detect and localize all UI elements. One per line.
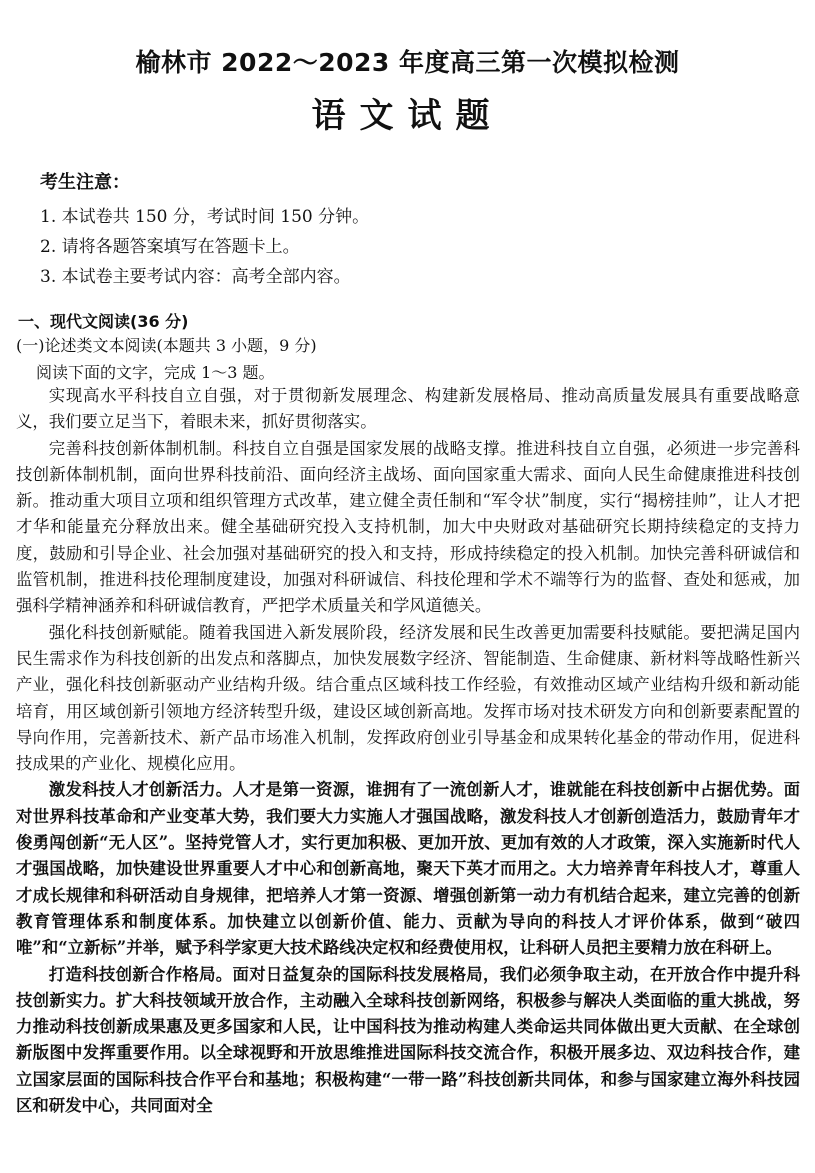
notice-heading: 考生注意： [40, 168, 369, 194]
subsection-title: (一)论述类文本阅读(本题共 3 小题，9 分) [16, 333, 317, 356]
passage-paragraph: 打造科技创新合作格局。面对日益复杂的国际科技发展格局，我们必须争取主动，在开放合… [16, 962, 800, 1120]
notice-item: 2. 请将各题答案填写在答题卡上。 [40, 232, 369, 262]
passage-paragraph: 激发科技人才创新活力。人才是第一资源，谁拥有了一流创新人才，谁就能在科技创新中占… [16, 777, 800, 961]
exam-title: 榆林市 2022～2023 年度高三第一次模拟检测 [0, 43, 815, 79]
passage-paragraph: 强化科技创新赋能。随着我国进入新发展阶段，经济发展和民生改善更加需要科技赋能。要… [16, 620, 800, 778]
candidate-notice: 考生注意： 1. 本试卷共 150 分，考试时间 150 分钟。 2. 请将各题… [40, 168, 369, 292]
notice-item: 3. 本试卷主要考试内容：高考全部内容。 [40, 262, 369, 292]
passage-paragraph: 实现高水平科技自立自强，对于贯彻新发展理念、构建新发展格局、推动高质量发展具有重… [16, 383, 800, 436]
passage-paragraph: 完善科技创新体制机制。科技自立自强是国家发展的战略支撑。推进科技自立自强，必须进… [16, 436, 800, 620]
notice-item: 1. 本试卷共 150 分，考试时间 150 分钟。 [40, 202, 369, 232]
section-title: 一、现代文阅读(36 分) [18, 309, 188, 332]
reading-passage: 实现高水平科技自立自强，对于贯彻新发展理念、构建新发展格局、推动高质量发展具有重… [16, 383, 800, 1119]
reading-instruction: 阅读下面的文字，完成 1～3 题。 [36, 360, 275, 383]
subject-title: 语文试题 [0, 88, 815, 137]
